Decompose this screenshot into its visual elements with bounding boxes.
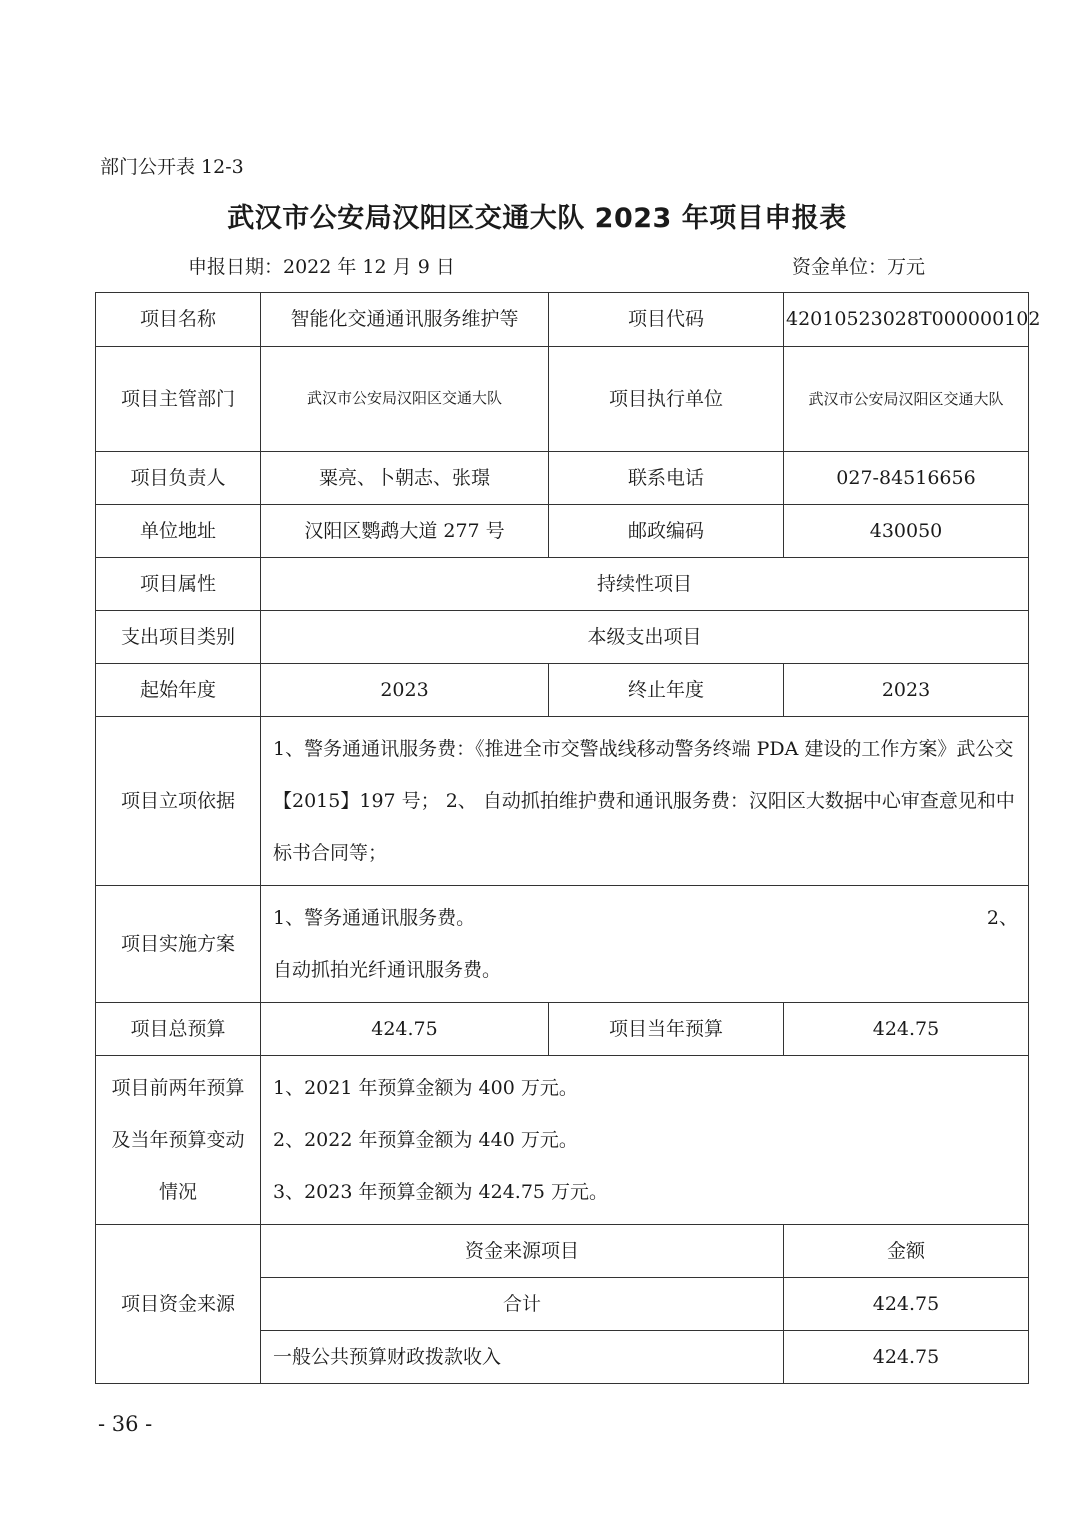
label-end-year: 终止年度 [549,664,784,717]
funding-source-label: 一般公共预算财政拨款收入 [261,1331,784,1384]
budget-change-2021: 1、2021 年预算金额为 400 万元。 [273,1062,1018,1114]
label-current-budget: 项目当年预算 [549,1003,784,1056]
value-phone: 027-84516656 [784,452,1029,505]
value-plan: 1、警务通通讯服务费。 2、 自动抓拍光纤通讯服务费。 [261,886,1029,1003]
row-project-name: 项目名称 智能化交通通讯服务维护等 项目代码 42010523028T00000… [96,293,1029,347]
label-budget-changes: 项目前两年预算及当年预算变动情况 [96,1056,261,1225]
row-basis: 项目立项依据 1、警务通通讯服务费：《推进全市交警战线移动警务终端 PDA 建设… [96,717,1029,886]
currency-unit: 资金单位：万元 [792,252,925,279]
value-attribute: 持续性项目 [261,558,1029,611]
budget-change-2023: 3、2023 年预算金额为 424.75 万元。 [273,1166,1018,1218]
value-category: 本级支出项目 [261,611,1029,664]
value-start-year: 2023 [261,664,549,717]
row-address: 单位地址 汉阳区鹦鹉大道 277 号 邮政编码 430050 [96,505,1029,558]
value-budget-changes: 1、2021 年预算金额为 400 万元。 2、2022 年预算金额为 440 … [261,1056,1029,1225]
value-executing-unit: 武汉市公安局汉阳区交通大队 [784,347,1029,452]
page-number: - 36 - [98,1412,152,1436]
row-budget: 项目总预算 424.75 项目当年预算 424.75 [96,1003,1029,1056]
label-start-year: 起始年度 [96,664,261,717]
value-address: 汉阳区鹦鹉大道 277 号 [261,505,549,558]
plan-item-1: 1、警务通通讯服务费。 [273,892,475,944]
report-date: 申报日期：2022 年 12 月 9 日 [188,252,455,279]
value-project-name: 智能化交通通讯服务维护等 [261,293,549,347]
value-end-year: 2023 [784,664,1029,717]
label-department: 项目主管部门 [96,347,261,452]
label-postcode: 邮政编码 [549,505,784,558]
plan-line-1: 1、警务通通讯服务费。 2、 [273,892,1018,944]
value-current-budget: 424.75 [784,1003,1029,1056]
label-plan: 项目实施方案 [96,886,261,1003]
value-owner: 粟亮、卜朝志、张璟 [261,452,549,505]
row-category: 支出项目类别 本级支出项目 [96,611,1029,664]
funding-total-label: 合计 [261,1278,784,1331]
value-basis: 1、警务通通讯服务费：《推进全市交警战线移动警务终端 PDA 建设的工作方案》武… [261,717,1029,886]
row-department: 项目主管部门 武汉市公安局汉阳区交通大队 项目执行单位 武汉市公安局汉阳区交通大… [96,347,1029,452]
label-total-budget: 项目总预算 [96,1003,261,1056]
label-executing-unit: 项目执行单位 [549,347,784,452]
plan-item-2-number: 2、 [987,892,1018,944]
label-basis: 项目立项依据 [96,717,261,886]
funding-source-amount: 424.75 [784,1331,1029,1384]
value-department: 武汉市公安局汉阳区交通大队 [261,347,549,452]
funding-header-amount: 金额 [784,1225,1029,1278]
plan-item-2: 自动抓拍光纤通讯服务费。 [273,944,1018,996]
row-plan: 项目实施方案 1、警务通通讯服务费。 2、 自动抓拍光纤通讯服务费。 [96,886,1029,1003]
label-funding-source: 项目资金来源 [96,1225,261,1384]
label-phone: 联系电话 [549,452,784,505]
label-project-name: 项目名称 [96,293,261,347]
label-address: 单位地址 [96,505,261,558]
funding-total-amount: 424.75 [784,1278,1029,1331]
label-category: 支出项目类别 [96,611,261,664]
budget-change-2022: 2、2022 年预算金额为 440 万元。 [273,1114,1018,1166]
value-project-code: 42010523028T000000102 [784,293,1029,347]
row-budget-changes: 项目前两年预算及当年预算变动情况 1、2021 年预算金额为 400 万元。 2… [96,1056,1029,1225]
project-application-table: 项目名称 智能化交通通讯服务维护等 项目代码 42010523028T00000… [95,292,1029,1384]
label-owner: 项目负责人 [96,452,261,505]
page-title: 武汉市公安局汉阳区交通大队 2023 年项目申报表 [0,196,1074,235]
label-attribute: 项目属性 [96,558,261,611]
value-postcode: 430050 [784,505,1029,558]
funding-header-item: 资金来源项目 [261,1225,784,1278]
row-funding-header: 项目资金来源 资金来源项目 金额 [96,1225,1029,1278]
row-attribute: 项目属性 持续性项目 [96,558,1029,611]
value-total-budget: 424.75 [261,1003,549,1056]
document-id: 部门公开表 12-3 [100,152,244,179]
label-project-code: 项目代码 [549,293,784,347]
row-owner: 项目负责人 粟亮、卜朝志、张璟 联系电话 027-84516656 [96,452,1029,505]
row-years: 起始年度 2023 终止年度 2023 [96,664,1029,717]
